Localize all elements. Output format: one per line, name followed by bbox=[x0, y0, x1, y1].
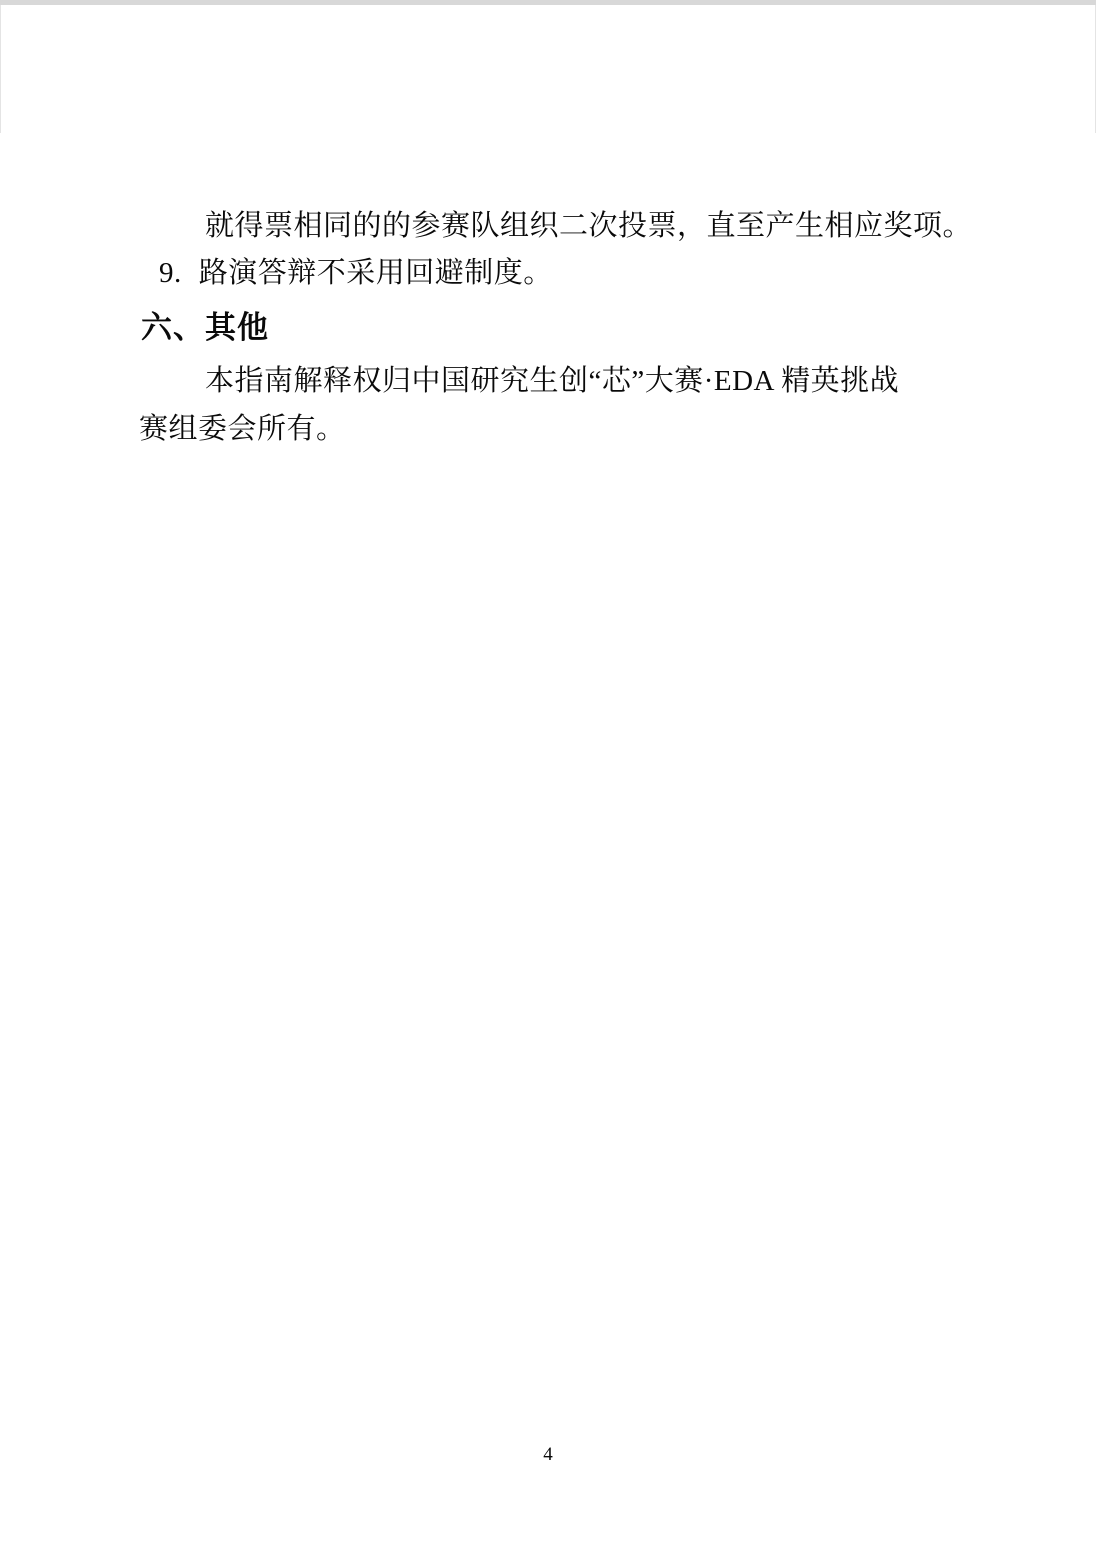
closing-paragraph-line-1: 本指南解释权归中国研究生创“芯”大赛·EDA 精英挑战 bbox=[205, 367, 899, 396]
list-item-9-text: 路演答辩不采用回避制度。 bbox=[199, 259, 553, 288]
document-page: { "document": { "body": { "item8_continu… bbox=[0, 0, 1096, 1554]
page-number: 4 bbox=[0, 1445, 1096, 1464]
page-edge-left bbox=[0, 5, 1, 133]
section-heading: 六、其他 bbox=[141, 312, 269, 343]
list-item-8-continuation: 就得票相同的的参赛队组织二次投票，直至产生相应奖项。 bbox=[205, 212, 972, 241]
closing-paragraph-line-2: 赛组委会所有。 bbox=[139, 415, 346, 444]
viewer-page-gap bbox=[0, 0, 1096, 5]
list-item-9-marker: 9. bbox=[159, 259, 182, 288]
list-item-9: 9.路演答辩不采用回避制度。 bbox=[159, 259, 553, 288]
